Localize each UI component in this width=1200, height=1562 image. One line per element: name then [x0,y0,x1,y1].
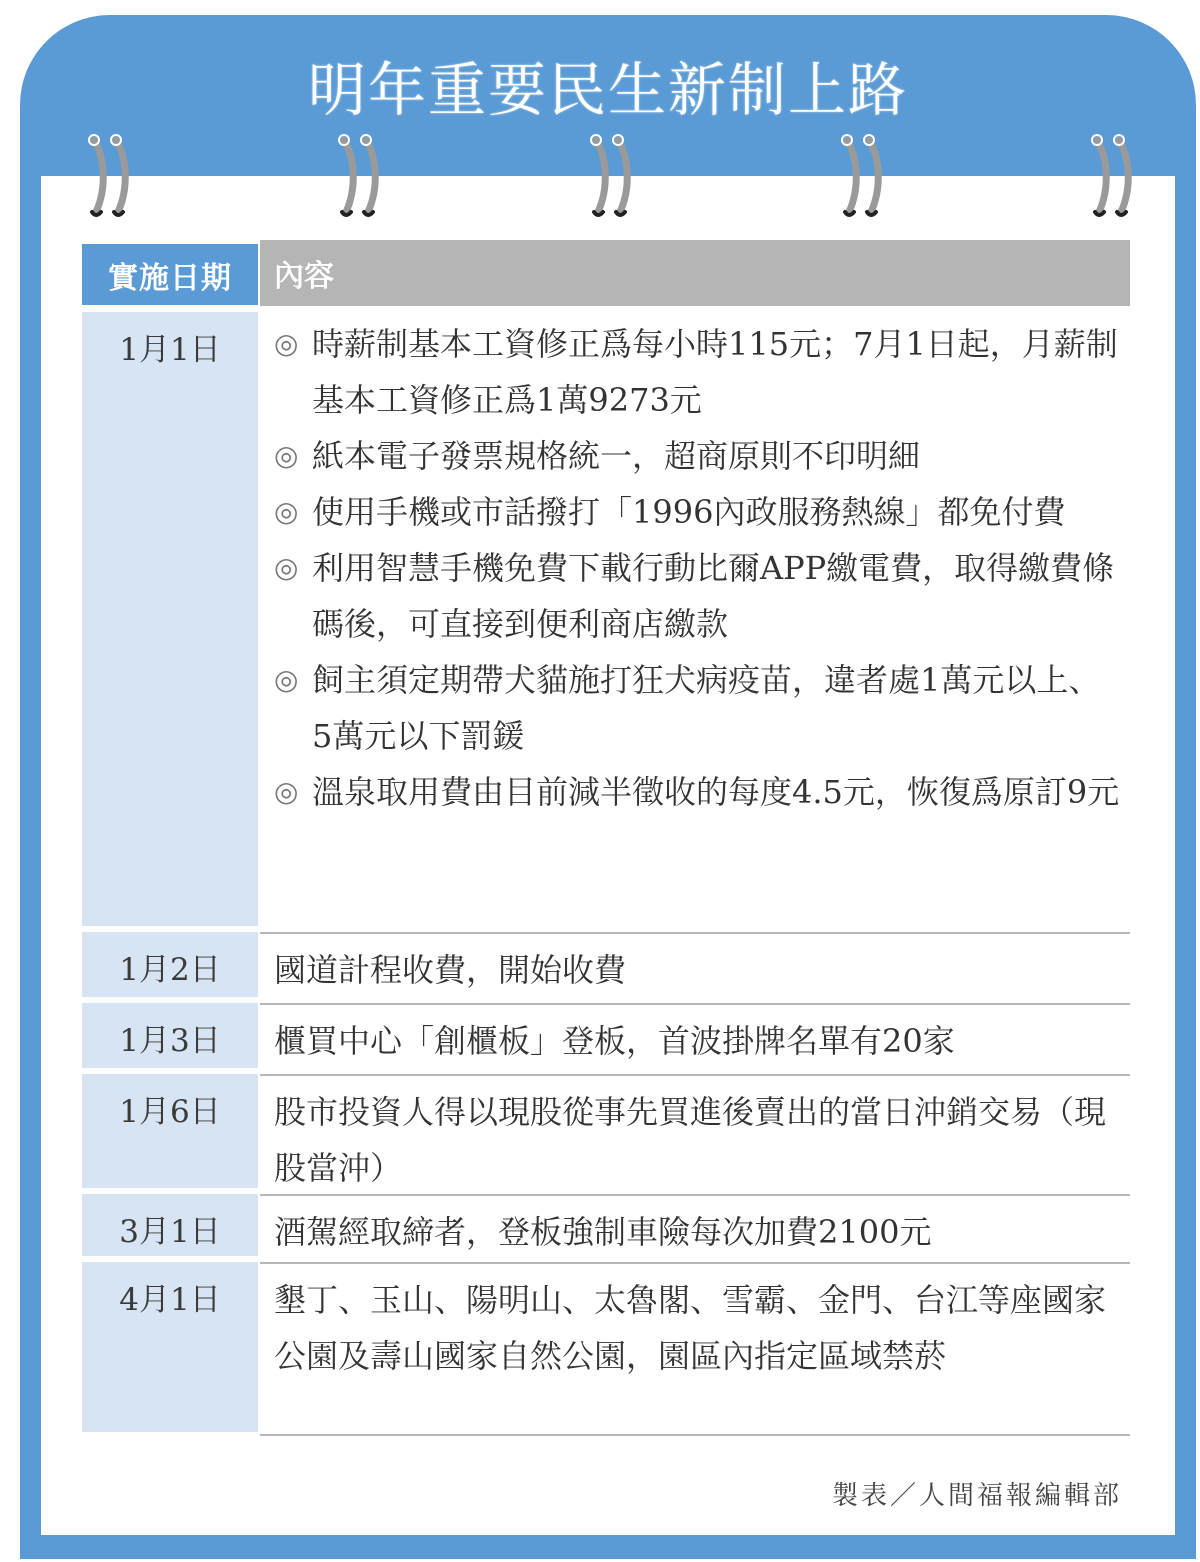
double-circle-bullet-icon: ◎ [274,764,298,820]
list-item: ◎ 時薪制基本工資修正爲每小時115元；7月1日起，月薪制基本工資修正爲1萬92… [274,316,1120,428]
column-header-date: 實施日期 [82,244,258,305]
content-cell: ◎ 時薪制基本工資修正爲每小時115元；7月1日起，月薪制基本工資修正爲1萬92… [260,312,1130,926]
list-item: ◎ 紙本電子發票規格統一，超商原則不印明細 [274,428,1120,484]
page-title: 明年重要民生新制上路 [20,43,1196,127]
double-circle-bullet-icon: ◎ [274,652,298,708]
content-cell: 櫃買中心「創櫃板」登板，首波掛牌名單有20家 [260,1003,1130,1068]
list-item: ◎ 溫泉取用費由目前減半徵收的每度4.5元，恢復爲原訂9元 [274,764,1120,820]
table-bottom-divider [260,1434,1130,1436]
date-cell: 1月2日 [82,932,258,997]
double-circle-bullet-icon: ◎ [274,316,298,372]
date-cell: 4月1日 [82,1262,258,1432]
binder-ring-icon [586,130,638,222]
content-cell: 股市投資人得以現股從事先買進後賣出的當日沖銷交易（現股當沖） [260,1074,1130,1188]
content-cell: 酒駕經取締者，登板強制車險每次加費2100元 [260,1194,1130,1256]
double-circle-bullet-icon: ◎ [274,484,298,540]
date-cell: 1月6日 [82,1074,258,1188]
content-cell: 墾丁、玉山、陽明山、太魯閣、雪霸、金門、台江等座國家公園及壽山國家自然公園，園區… [260,1262,1130,1432]
double-circle-bullet-icon: ◎ [274,428,298,484]
table-row: 3月1日 酒駕經取締者，登板強制車險每次加費2100元 [82,1194,1132,1256]
binder-ring-icon [334,130,386,222]
table-row: 1月2日 國道計程收費，開始收費 [82,932,1132,997]
credit-line: 製表／人間福報編輯部 [832,1475,1122,1512]
date-cell: 1月3日 [82,1003,258,1068]
table-row: 1月6日 股市投資人得以現股從事先買進後賣出的當日沖銷交易（現股當沖） [82,1074,1132,1188]
table-row: 1月1日 ◎ 時薪制基本工資修正爲每小時115元；7月1日起，月薪制基本工資修正… [82,312,1132,926]
binder-ring-icon [837,130,889,222]
binder-ring-icon [84,130,136,222]
list-item: ◎ 利用智慧手機免費下載行動比爾APP繳電費，取得繳費條碼後，可直接到便利商店繳… [274,540,1120,652]
binder-ring-icon [1087,130,1139,222]
date-cell: 1月1日 [82,312,258,926]
table-row: 1月3日 櫃買中心「創櫃板」登板，首波掛牌名單有20家 [82,1003,1132,1068]
column-header-content: 內容 [260,240,1130,306]
table-row: 4月1日 墾丁、玉山、陽明山、太魯閣、雪霸、金門、台江等座國家公園及壽山國家自然… [82,1262,1132,1432]
list-item: ◎ 使用手機或市話撥打「1996內政服務熱線」都免付費 [274,484,1120,540]
list-item: ◎ 飼主須定期帶犬貓施打狂犬病疫苗，違者處1萬元以上、5萬元以下罰鍰 [274,652,1120,764]
content-cell: 國道計程收費，開始收費 [260,932,1130,997]
date-cell: 3月1日 [82,1194,258,1256]
double-circle-bullet-icon: ◎ [274,540,298,596]
